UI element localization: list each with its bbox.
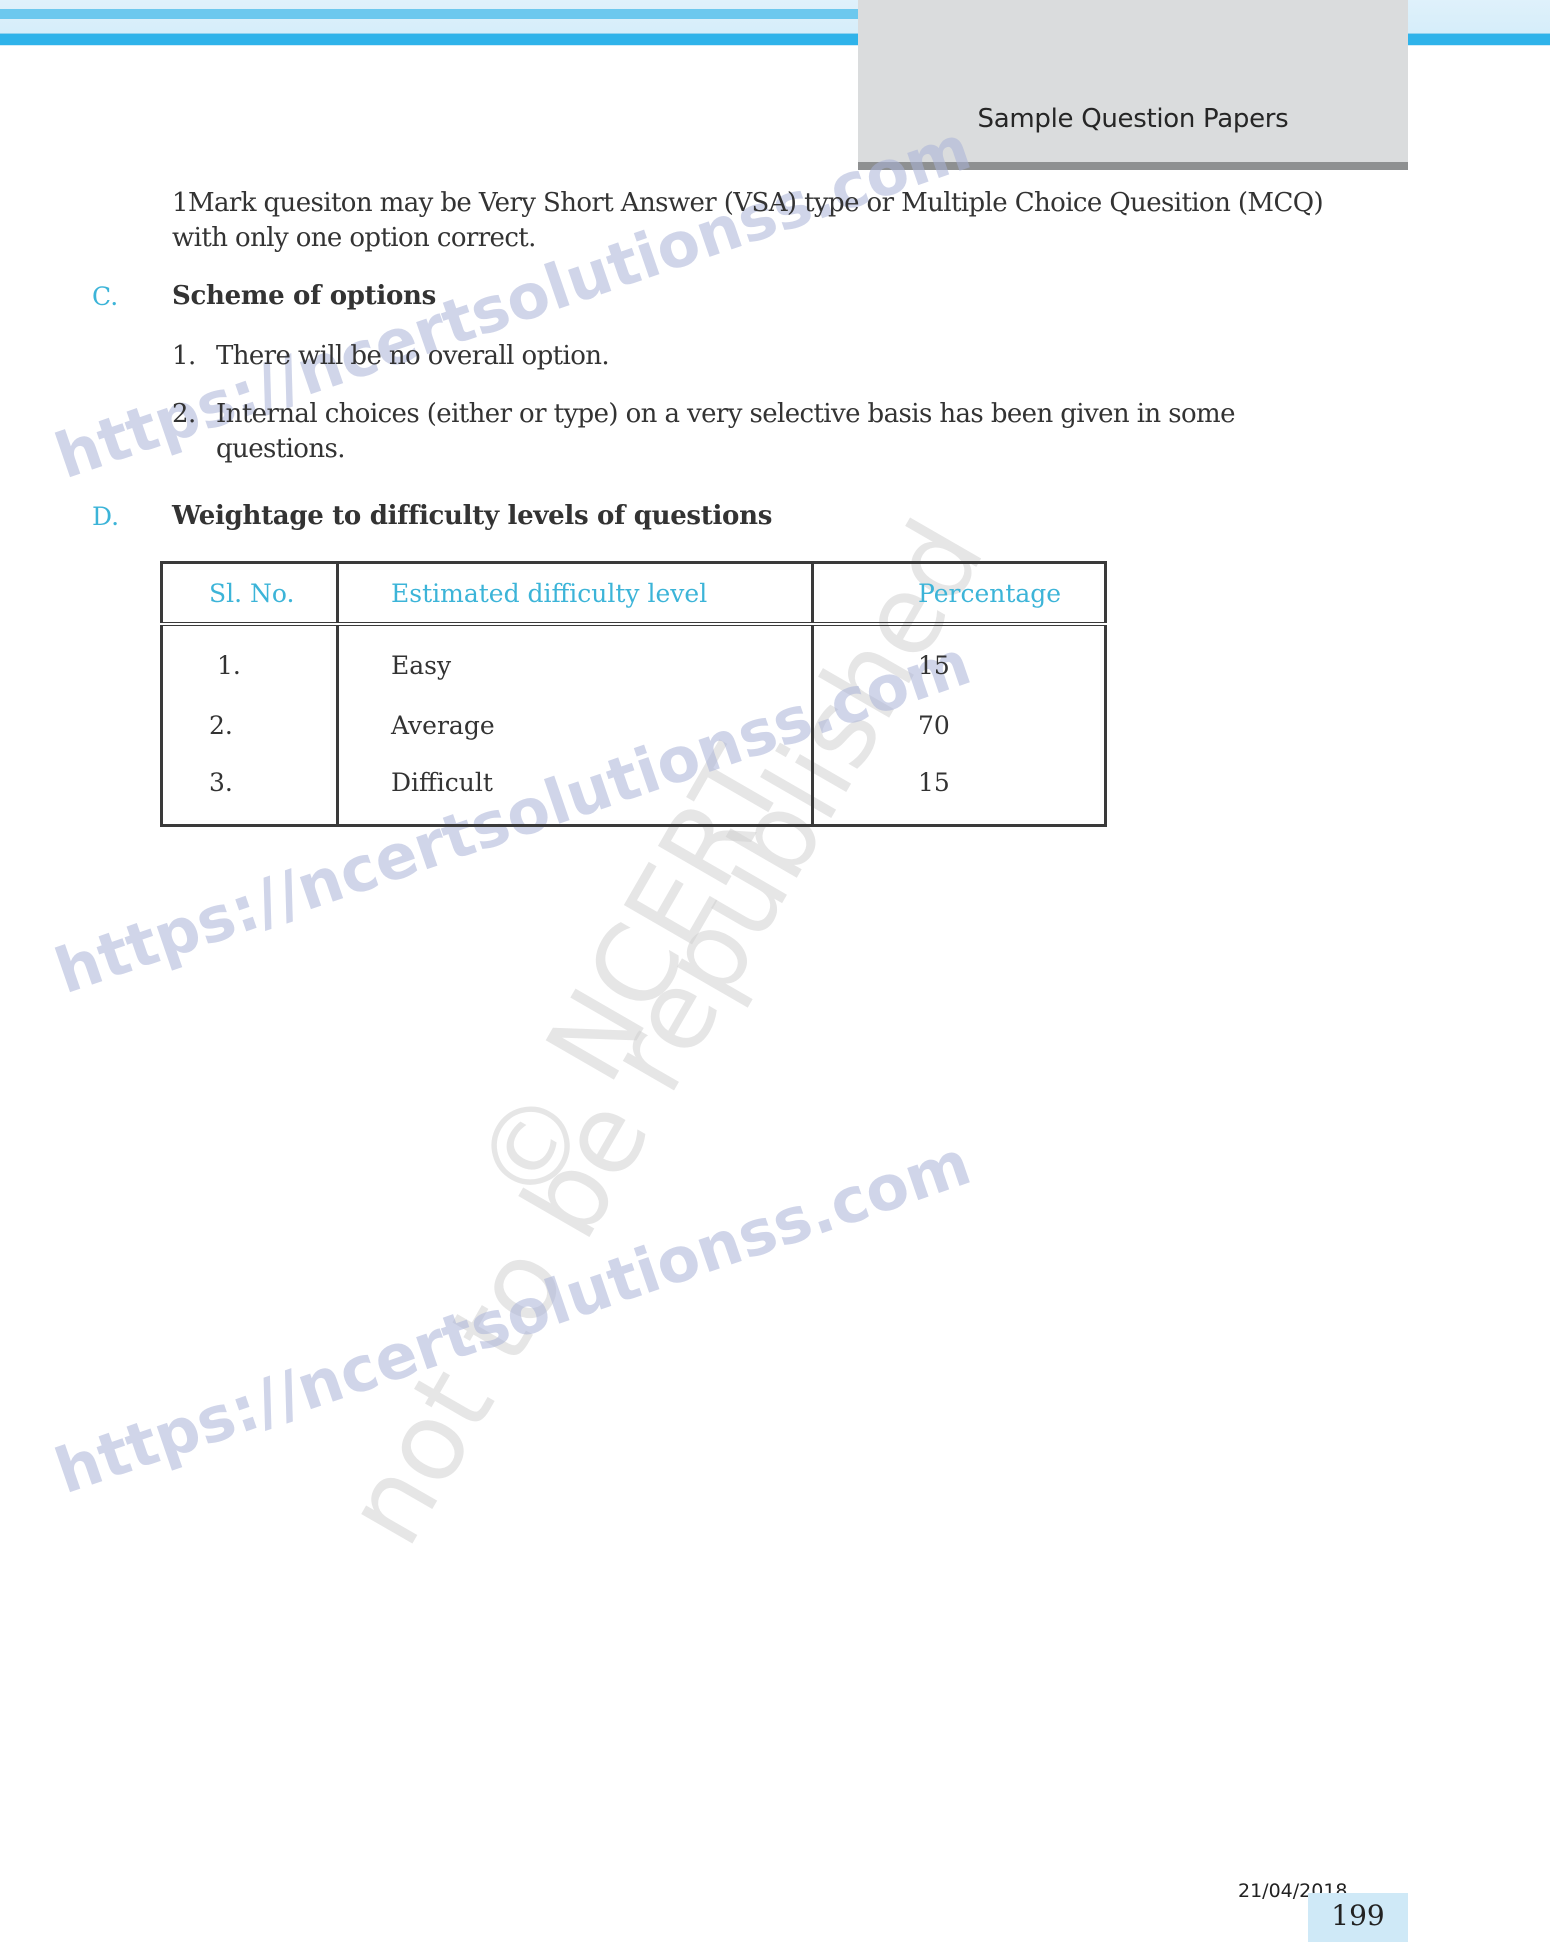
- cell-percentage: 15: [813, 624, 1106, 696]
- cell-sl-no: 1.: [162, 624, 338, 696]
- section-c-letter: C.: [92, 282, 118, 311]
- table-row: 1. Easy 15: [162, 624, 1106, 696]
- list-item-continuation: questions.: [172, 432, 1372, 467]
- intro-paragraph: 1Mark quesiton may be Very Short Answer …: [172, 186, 1412, 256]
- cell-sl-no: 3.: [162, 754, 338, 826]
- cell-percentage: 15: [813, 754, 1106, 826]
- intro-line-2: with only one option correct.: [172, 221, 1412, 256]
- column-header-percentage: Percentage: [813, 563, 1106, 625]
- cell-difficulty: Average: [338, 696, 813, 754]
- column-header-difficulty: Estimated difficulty level: [338, 563, 813, 625]
- difficulty-weightage-table: Sl. No. Estimated difficulty level Perce…: [160, 561, 1107, 827]
- list-item: 1.There will be no overall option.: [172, 339, 1372, 374]
- table-row: 3. Difficult 15: [162, 754, 1106, 826]
- table-row: 2. Average 70: [162, 696, 1106, 754]
- section-d-letter: D.: [92, 502, 119, 531]
- list-item-text: There will be no overall option.: [216, 341, 609, 371]
- intro-line-1: 1Mark quesiton may be Very Short Answer …: [172, 186, 1412, 221]
- page-number: 199: [1308, 1899, 1408, 1932]
- list-item-text: Internal choices (either or type) on a v…: [216, 399, 1235, 429]
- cell-percentage: 70: [813, 696, 1106, 754]
- section-c-title: Scheme of options: [172, 281, 436, 311]
- cell-difficulty: Difficult: [338, 754, 813, 826]
- cell-difficulty: Easy: [338, 624, 813, 696]
- list-item-number: 1.: [172, 339, 216, 374]
- list-item: 2.Internal choices (either or type) on a…: [172, 397, 1372, 467]
- list-item-number: 2.: [172, 397, 216, 432]
- section-d-title: Weightage to difficulty levels of questi…: [172, 501, 772, 531]
- column-header-sl-no: Sl. No.: [162, 563, 338, 625]
- cell-sl-no: 2.: [162, 696, 338, 754]
- table-header-row: Sl. No. Estimated difficulty level Perce…: [162, 563, 1106, 625]
